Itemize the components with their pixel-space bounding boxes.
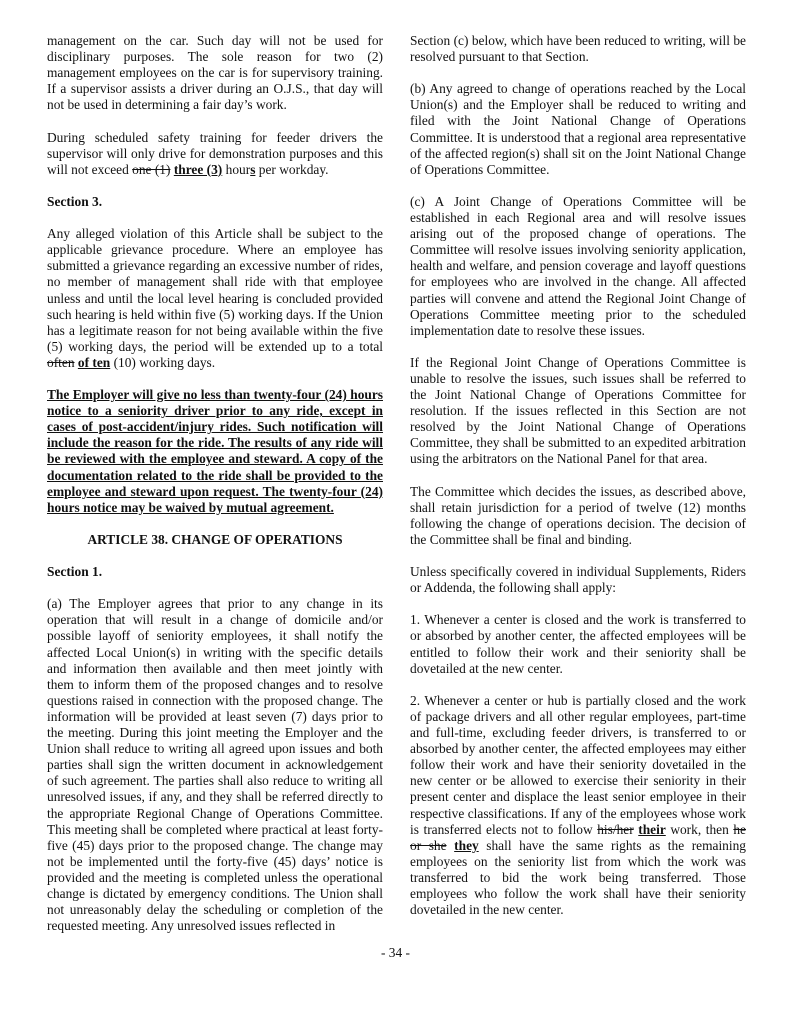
deleted-text: often [47,355,75,370]
inserted-text: three (3) [174,162,222,177]
paragraph-safety-training: During scheduled safety training for fee… [47,130,383,178]
text: hour [222,162,250,177]
paragraph-section-1a: (a) The Employer agrees that prior to an… [47,596,383,934]
deleted-text: his/her [597,822,633,837]
section-1-heading: Section 1. [47,564,383,580]
text: Any alleged violation of this Article sh… [47,226,383,354]
paragraph-section-1b: (b) Any agreed to change of operations r… [410,81,746,178]
page-number: - 34 - [0,945,791,961]
text: 2. Whenever a center or hub is partially… [410,693,746,837]
inserted-text: of ten [78,355,110,370]
article-38-heading: ARTICLE 38. CHANGE OF OPERATIONS [47,532,383,548]
section-3-heading: Section 3. [47,194,383,210]
paragraph-unless-covered: Unless specifically covered in individua… [410,564,746,596]
inserted-text: their [638,822,666,837]
text: work, then [666,822,734,837]
paragraph-section-c-reference: Section (c) below, which have been reduc… [410,33,746,65]
paragraph-committee-jurisdiction: The Committee which decides the issues, … [410,484,746,548]
paragraph-item-1: 1. Whenever a center is closed and the w… [410,612,746,676]
paragraph-ride-notice-inserted: The Employer will give no less than twen… [47,387,383,516]
paragraph-grievance: Any alleged violation of this Article sh… [47,226,383,371]
inserted-text: they [454,838,479,853]
paragraph-section-1c: (c) A Joint Change of Operations Committ… [410,194,746,339]
paragraph-regional-unable: If the Regional Joint Change of Operatio… [410,355,746,468]
paragraph-item-2: 2. Whenever a center or hub is partially… [410,693,746,918]
text: per workday. [255,162,328,177]
left-column: management on the car. Such day will not… [47,33,383,934]
deleted-text: one (1) [132,162,170,177]
right-column: Section (c) below, which have been reduc… [410,33,746,918]
text: (10) working days. [110,355,215,370]
paragraph-management-car: management on the car. Such day will not… [47,33,383,113]
